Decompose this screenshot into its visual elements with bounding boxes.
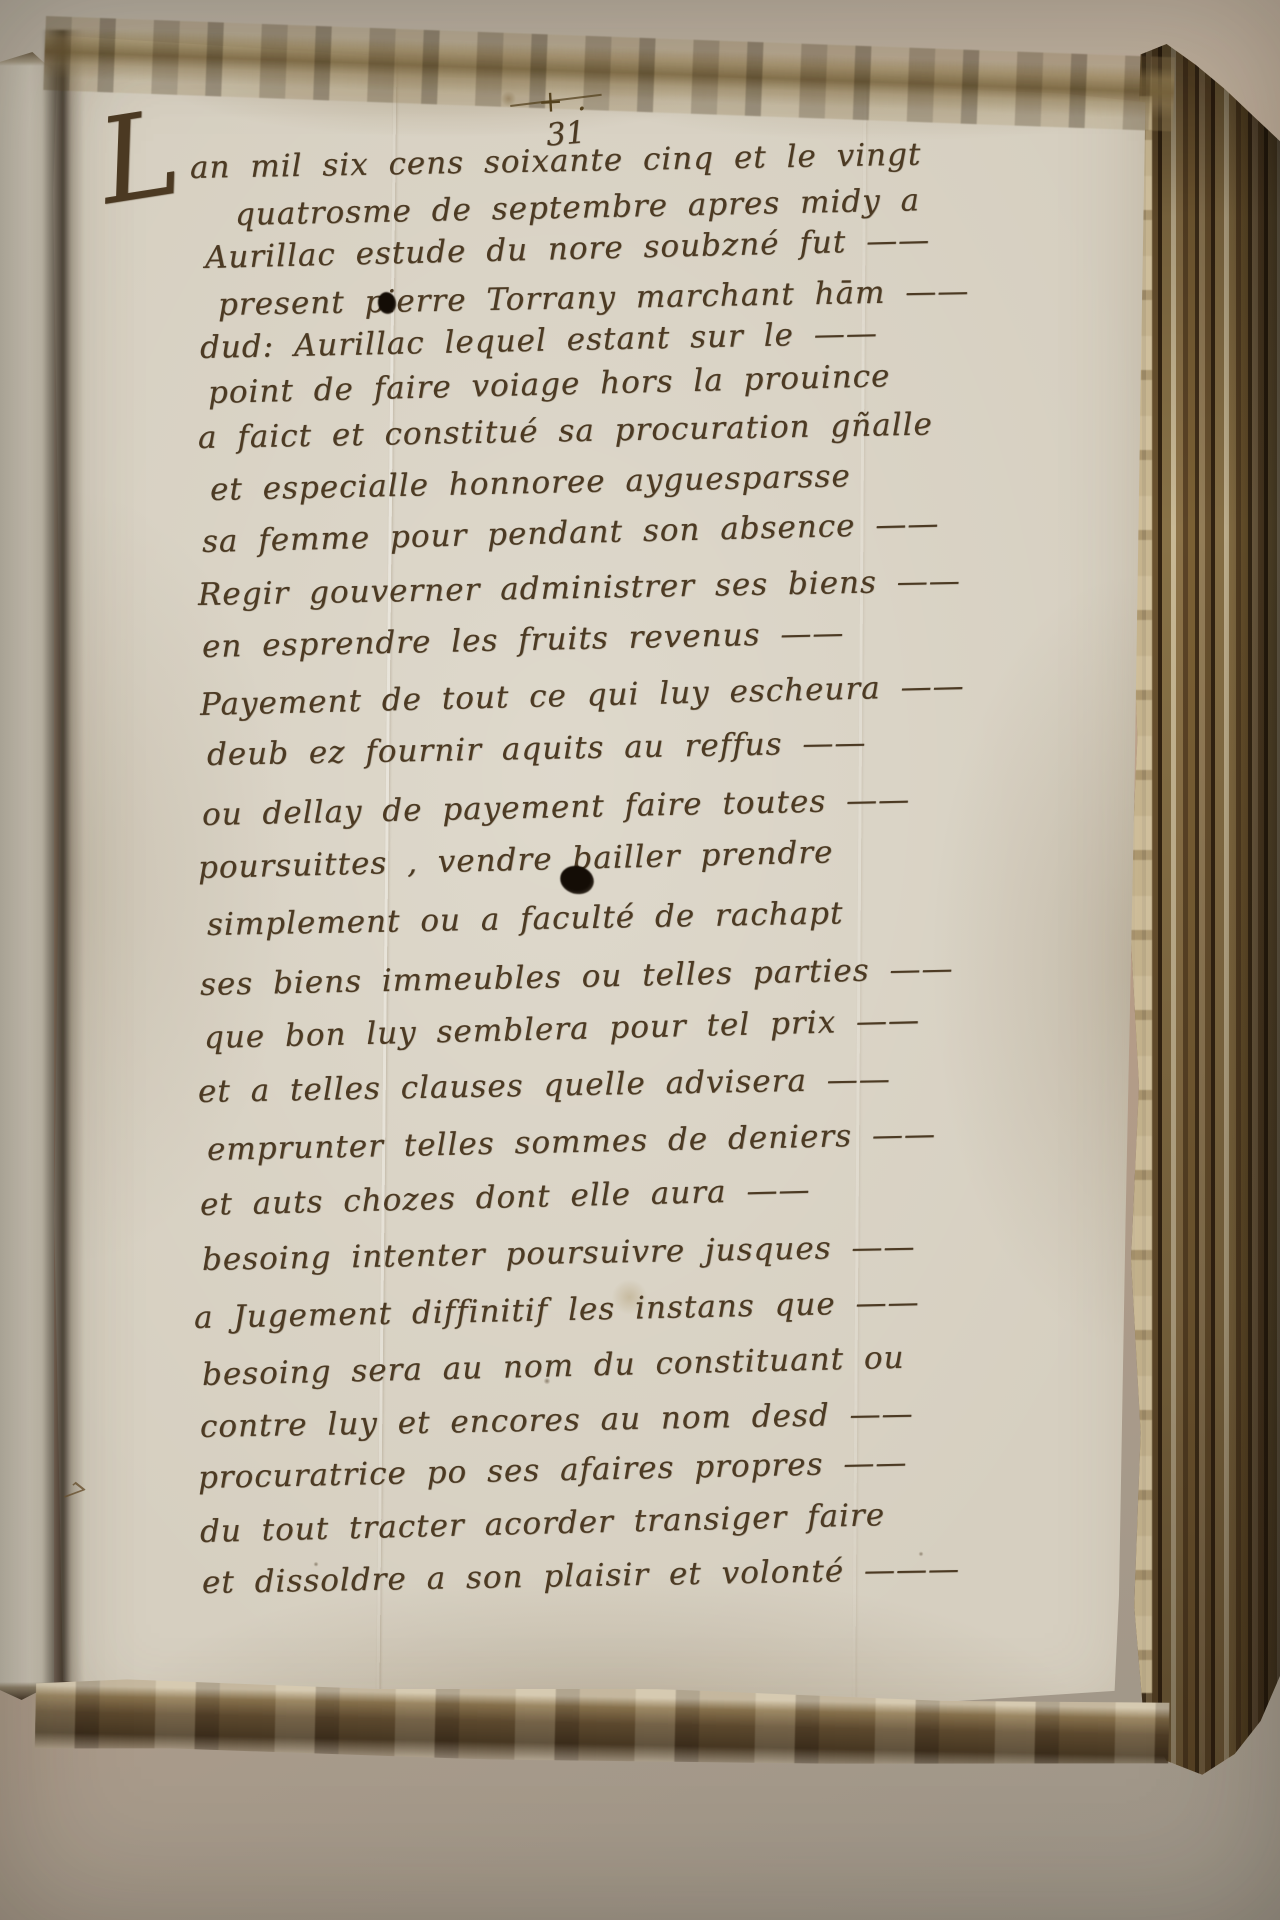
binding-gutter-shadow	[42, 30, 84, 1710]
book-fore-edge-stack	[1118, 44, 1280, 1780]
photo-of-manuscript: + . 31 L an mil six cens soixante cinq e…	[0, 0, 1280, 1920]
